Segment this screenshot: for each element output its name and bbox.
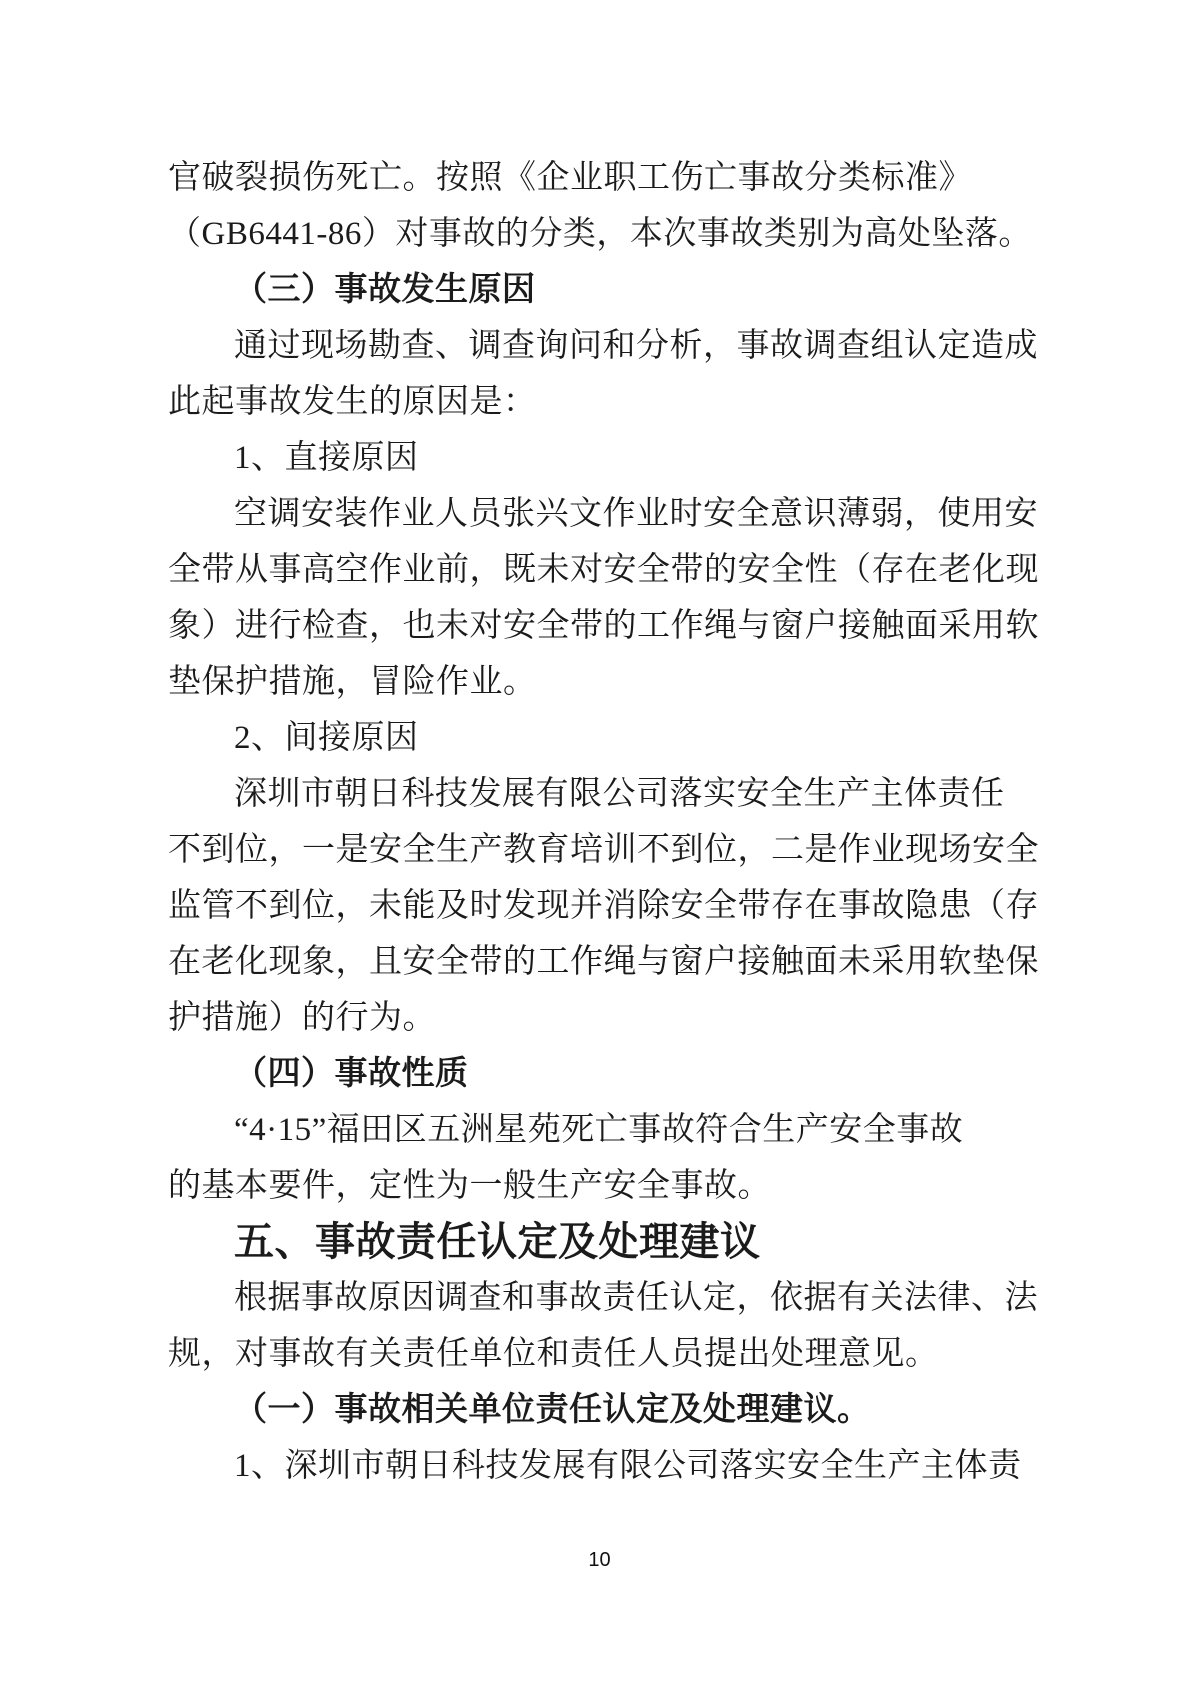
- body-line-22: 规，对事故有关责任单位和责任人员提出处理意见。: [168, 1326, 1032, 1382]
- body-line-16: 护措施）的行为。: [168, 990, 1032, 1046]
- body-line-1: 官破裂损伤死亡。按照《企业职工伤亡事故分类标准》: [168, 150, 1032, 206]
- body-line-15: 在老化现象，且安全带的工作绳与窗户接触面未采用软垫保: [168, 934, 1032, 990]
- heading-section-3: （三）事故发生原因: [168, 262, 1032, 318]
- body-line-18: “4·15”福田区五洲星苑死亡事故符合生产安全事故: [168, 1102, 1032, 1158]
- heading-section-4: （四）事故性质: [168, 1046, 1032, 1102]
- body-line-13: 不到位，一是安全生产教育培训不到位，二是作业现场安全: [168, 822, 1032, 878]
- body-line-9: 象）进行检查，也未对安全带的工作绳与窗户接触面采用软: [168, 598, 1032, 654]
- body-line-24: 1、深圳市朝日科技发展有限公司落实安全生产主体责: [168, 1438, 1032, 1494]
- body-line-14: 监管不到位，未能及时发现并消除安全带存在事故隐患（存: [168, 878, 1032, 934]
- list-item-direct: 1、直接原因: [168, 430, 1032, 486]
- body-line-12: 深圳市朝日科技发展有限公司落实安全生产主体责任: [168, 766, 1032, 822]
- body-line-4: 通过现场勘查、调查询问和分析，事故调查组认定造成: [168, 318, 1032, 374]
- body-line-8: 全带从事高空作业前，既未对安全带的安全性（存在老化现: [168, 542, 1032, 598]
- body-line-10: 垫保护措施，冒险作业。: [168, 654, 1032, 710]
- body-line-19: 的基本要件，定性为一般生产安全事故。: [168, 1158, 1032, 1214]
- body-line-7: 空调安装作业人员张兴文作业时安全意识薄弱，使用安: [168, 486, 1032, 542]
- heading-subsection-1: （一）事故相关单位责任认定及处理建议。: [168, 1382, 1032, 1438]
- list-item-indirect: 2、间接原因: [168, 710, 1032, 766]
- heading-chapter-5: 五、事故责任认定及处理建议: [168, 1214, 1032, 1270]
- body-line-5: 此起事故发生的原因是：: [168, 374, 1032, 430]
- body-line-2: （GB6441-86）对事故的分类，本次事故类别为高处坠落。: [168, 206, 1032, 262]
- document-page: 官破裂损伤死亡。按照《企业职工伤亡事故分类标准》（GB6441-86）对事故的分…: [0, 0, 1199, 1696]
- page-number: 10: [0, 1546, 1199, 1574]
- document-body: 官破裂损伤死亡。按照《企业职工伤亡事故分类标准》（GB6441-86）对事故的分…: [168, 150, 1032, 1494]
- body-line-21: 根据事故原因调查和事故责任认定，依据有关法律、法: [168, 1270, 1032, 1326]
